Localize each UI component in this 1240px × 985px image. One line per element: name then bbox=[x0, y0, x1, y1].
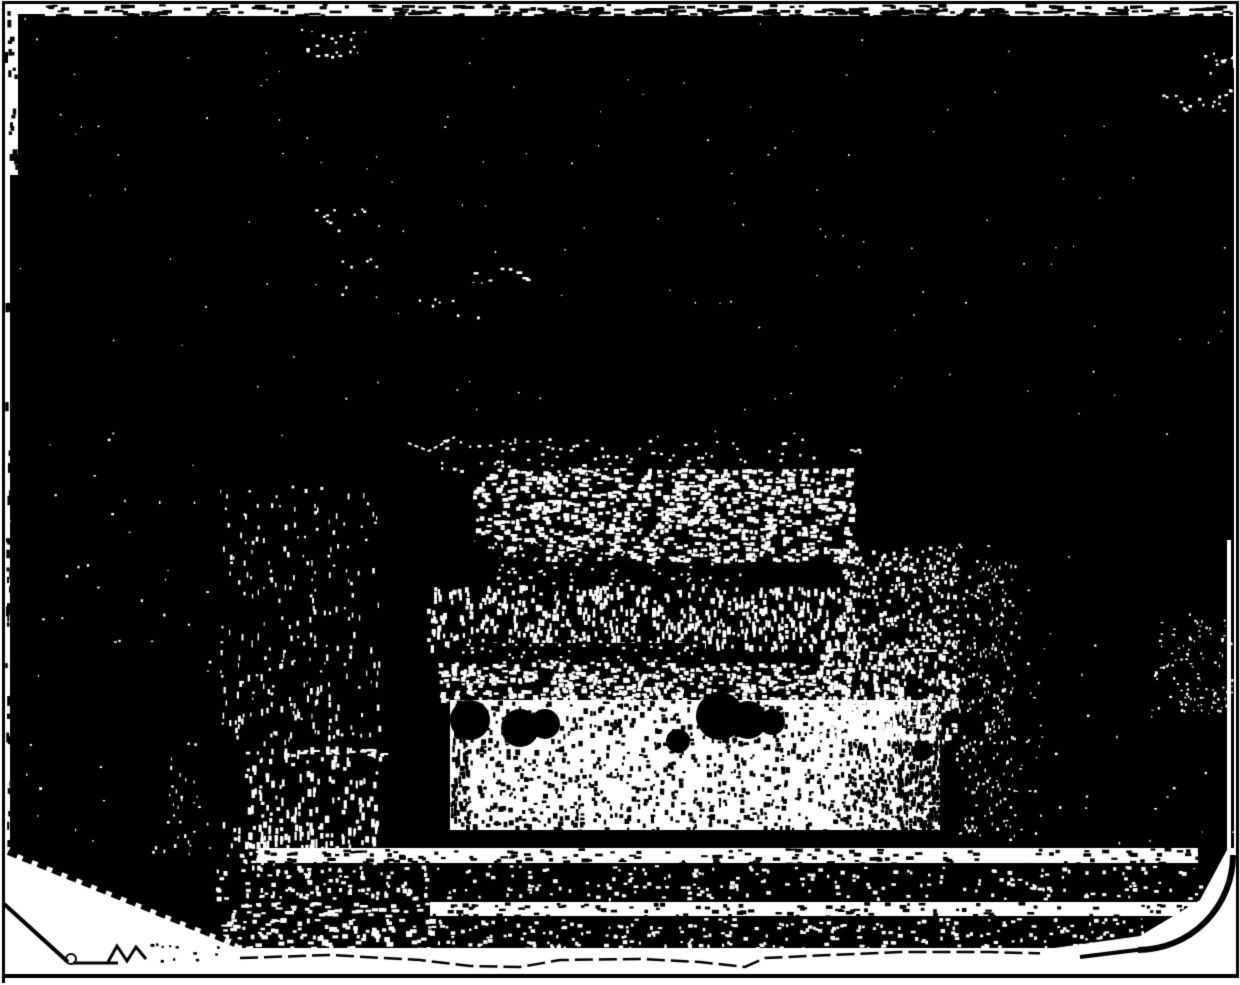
scanned-photo-page bbox=[0, 0, 1240, 985]
binarized-photograph bbox=[0, 0, 1240, 985]
